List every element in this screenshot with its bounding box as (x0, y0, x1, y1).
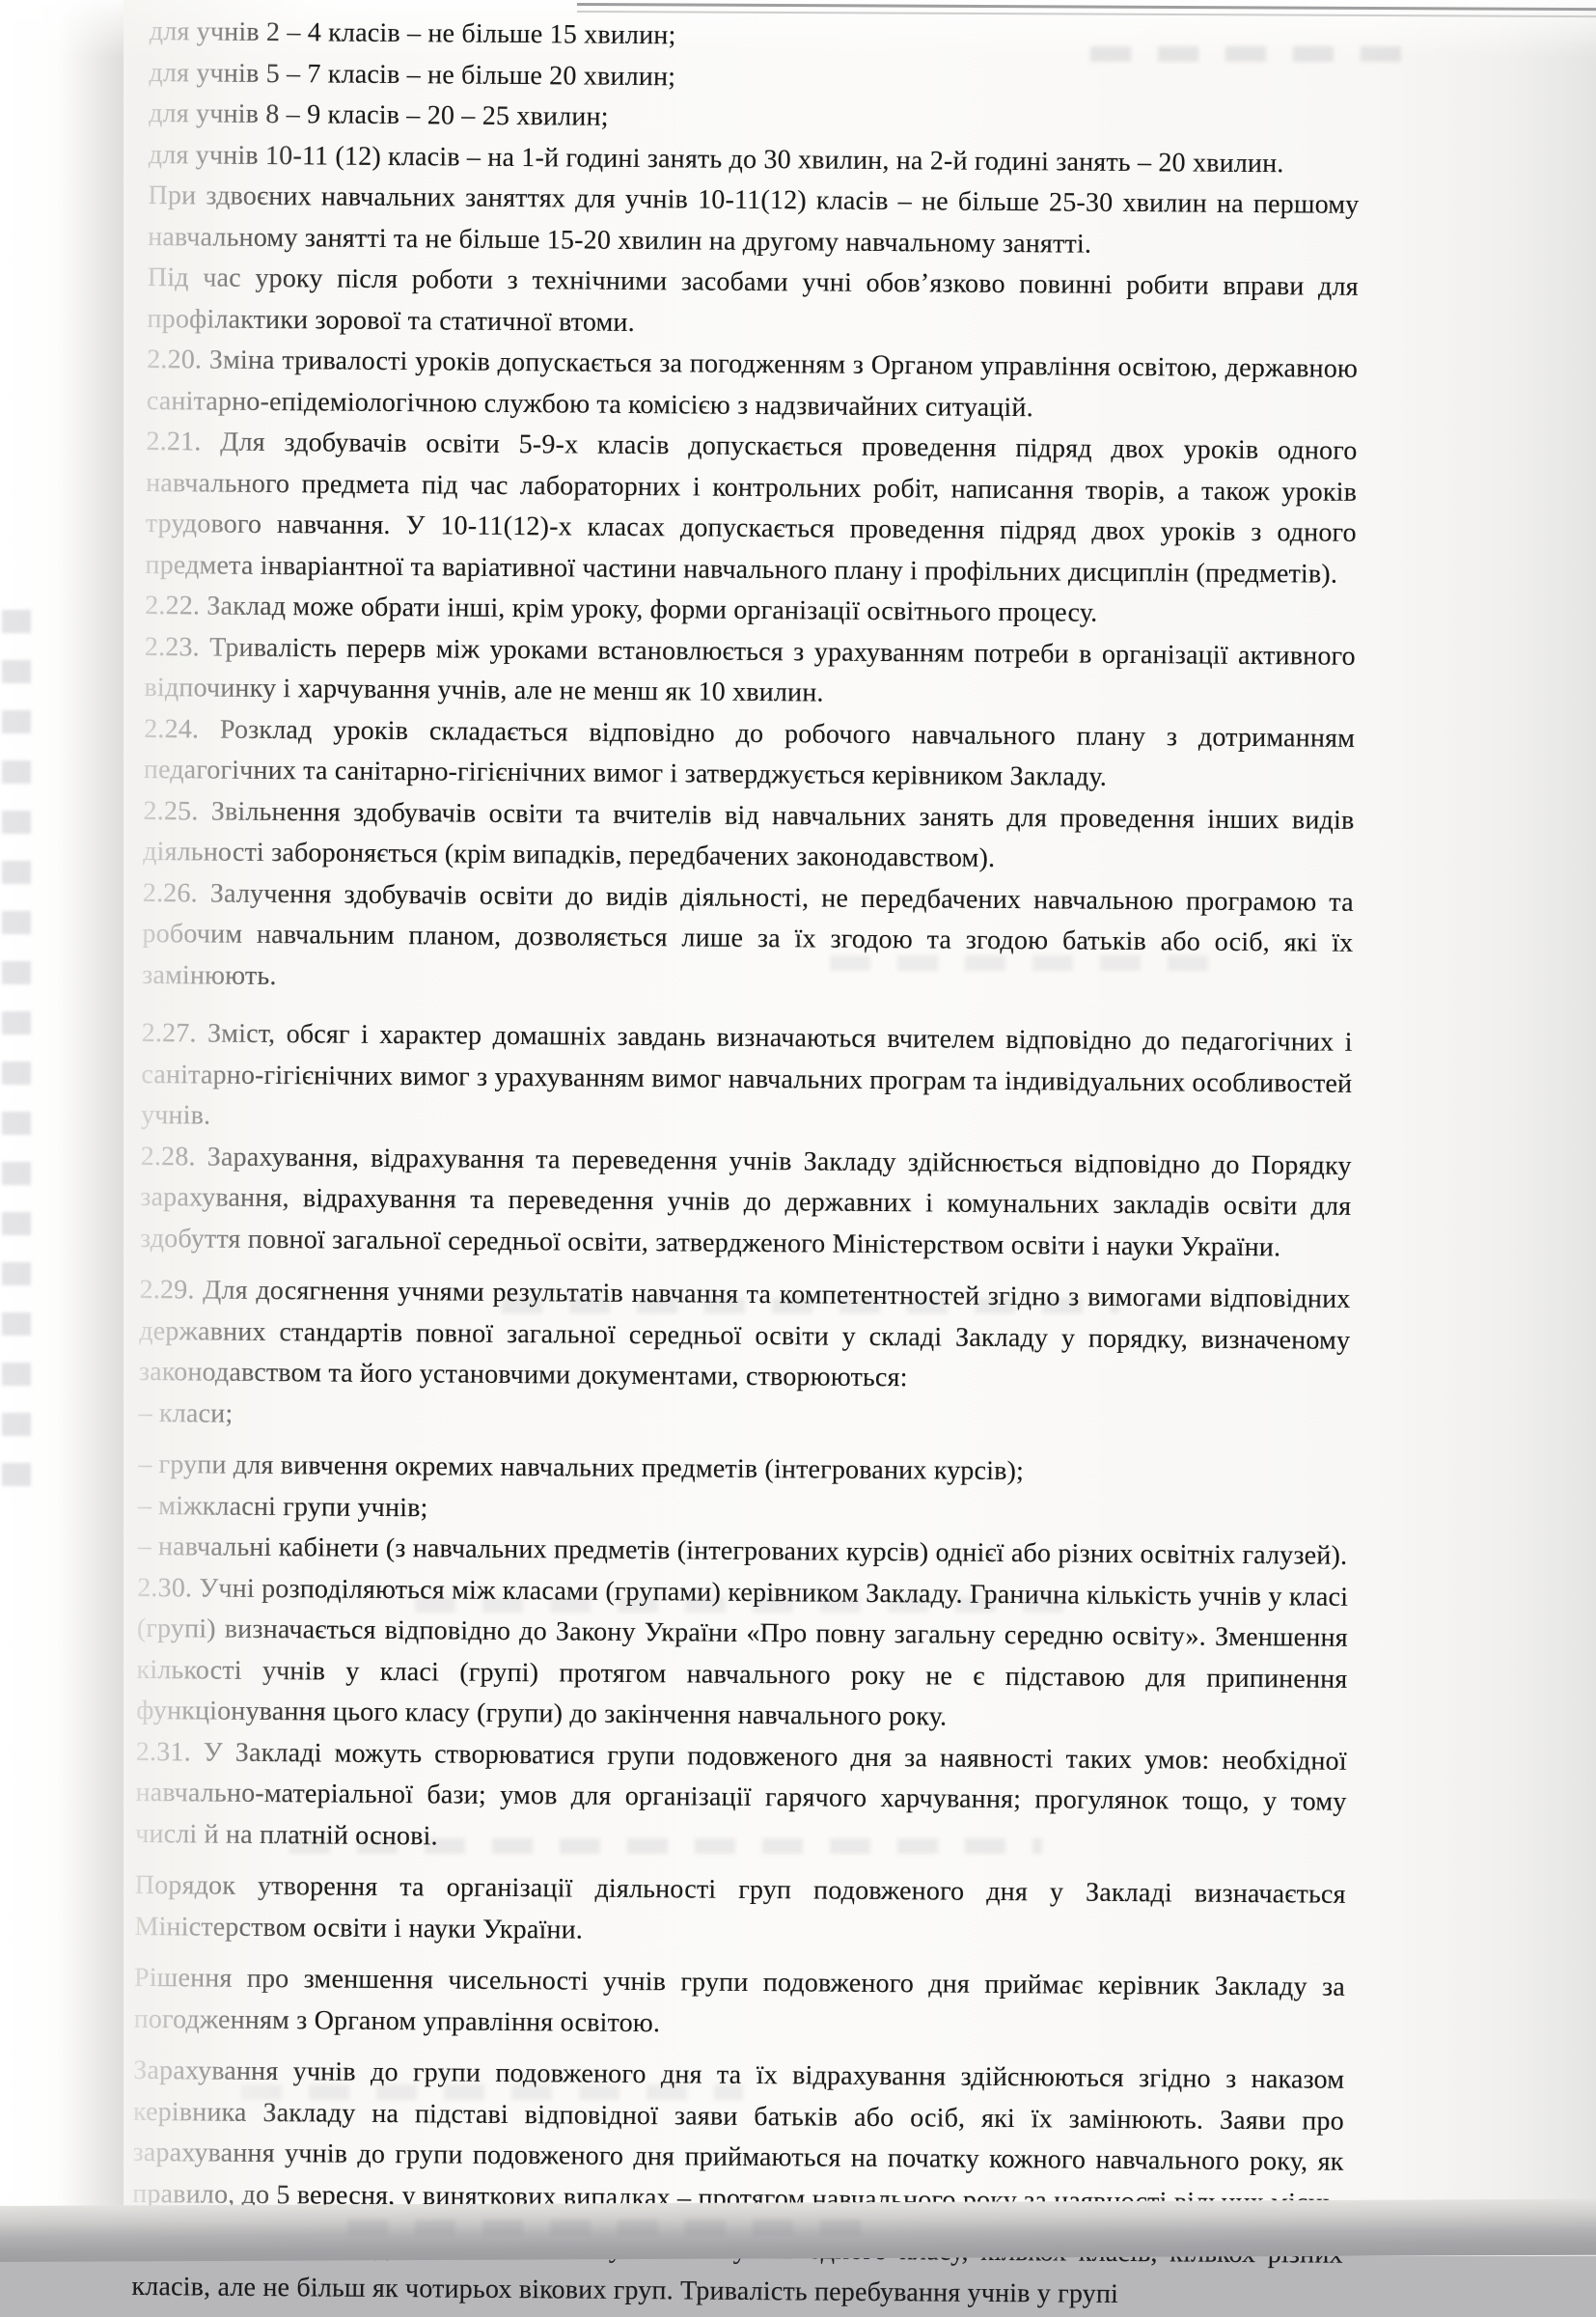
paragraph: 2.24. Розклад уроків складається відпові… (144, 708, 1356, 800)
bleed-through-artifact (347, 2220, 888, 2235)
paragraph: 2.20. Зміна тривалості уроків допускаєть… (147, 340, 1359, 431)
paragraph: 2.26. Залучення здобувачів освіти до вид… (142, 872, 1354, 1005)
paragraph: 2.25. Звільнення здобувачів освіти та вч… (143, 790, 1355, 882)
scanned-page: для учнів 2 – 4 класів – не більше 15 хв… (0, 0, 1596, 2256)
paragraph: 2.21. Для здобувачів освіти 5-9-х класів… (145, 422, 1357, 595)
paragraph: 2.30. Учні розподіляються між класами (г… (136, 1567, 1348, 1741)
document-text: для учнів 2 – 4 класів – не більше 15 хв… (131, 12, 1361, 2256)
list-item: – класи; (138, 1393, 1349, 1443)
paragraph: Під час уроку після роботи з технічними … (147, 258, 1359, 349)
paragraph: 2.29. Для досягнення учнями результатів … (139, 1270, 1351, 1402)
paragraph: 2.23. Тривалість перерв між уроками вста… (144, 626, 1356, 718)
paragraph: 2.28. Зарахування, відрахування та перев… (140, 1136, 1352, 1268)
paragraph: Рішення про зменшення чисельності учнів … (133, 1958, 1345, 2050)
paragraph: Зарахування учнів до групи подовженого д… (132, 2051, 1344, 2224)
paragraph: При здвоєних навчальних заняттях для учн… (148, 176, 1360, 267)
bleed-through-artifact (2, 589, 31, 1486)
paragraph: Порядок утворення та організації діяльно… (134, 1865, 1346, 1957)
paragraph: 2.31. У Закладі можуть створюватися груп… (135, 1731, 1347, 1863)
paragraph: 2.27. Зміст, обсяг і характер домашніх з… (141, 1013, 1353, 1145)
